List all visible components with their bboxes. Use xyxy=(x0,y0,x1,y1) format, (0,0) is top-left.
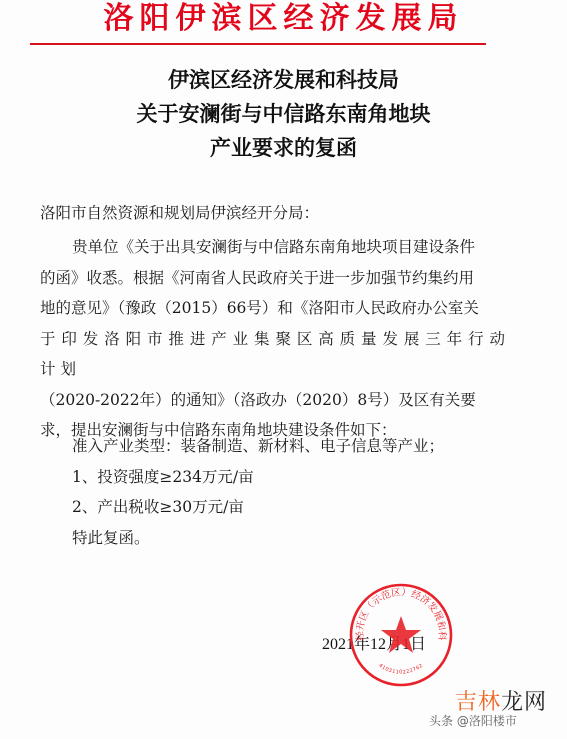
letterhead-rule xyxy=(30,43,486,45)
industry-types: 准入产业类型：装备制造、新材料、电子信息等产业； xyxy=(40,431,510,462)
paragraph-line: （2020-2022年）的通知》（洛政办（2020）8号）及区有关要 xyxy=(40,385,510,416)
main-paragraph: 贵单位《关于出具安澜街与中信路东南角地块项目建设条件 的函》收悉。根据《河南省人… xyxy=(40,232,510,446)
title-line-1: 伊滨区经济发展和科技局 xyxy=(0,63,567,97)
watermark-site: 吉林龙网 xyxy=(455,692,547,714)
requirements: 准入产业类型：装备制造、新材料、电子信息等产业； 1、投资强度≥234万元/亩 … xyxy=(40,431,510,553)
signature-date: 2021年12月1日 xyxy=(322,631,426,654)
paragraph-line: 地的意见》（豫政（2015）66号）和《洛阳市人民政府办公室关 xyxy=(40,293,510,324)
paragraph-line: 的函》收悉。根据《河南省人民政府关于进一步加强节约集约用 xyxy=(40,263,510,294)
letterhead-org-name: 洛阳伊滨区经济发展局 xyxy=(0,2,567,36)
requirement-item: 2、产出税收≥30万元/亩 xyxy=(40,492,510,523)
addressee-text: 洛阳市自然资源和规划局伊滨经开分局： xyxy=(40,198,510,229)
closing-text: 特此复函。 xyxy=(40,523,510,554)
addressee: 洛阳市自然资源和规划局伊滨经开分局： xyxy=(40,198,510,229)
paragraph-line: 于印发洛阳市推进产业集聚区高质量发展三年行动计划 xyxy=(40,324,510,385)
title-line-2: 关于安澜街与中信路东南角地块 xyxy=(0,97,567,131)
seal-code: 4103110222762 xyxy=(377,663,424,676)
requirement-item: 1、投资强度≥234万元/亩 xyxy=(40,462,510,493)
watermark-tag: 头条 @洛阳楼市 xyxy=(429,712,517,729)
document-title: 伊滨区经济发展和科技局 关于安澜街与中信路东南角地块 产业要求的复函 xyxy=(0,63,567,165)
paragraph-line: 贵单位《关于出具安澜街与中信路东南角地块项目建设条件 xyxy=(40,232,510,263)
svg-text:4103110222762: 4103110222762 xyxy=(377,663,424,676)
title-line-3: 产业要求的复函 xyxy=(0,131,567,165)
watermark: 吉林龙网 头条 @洛阳楼市 xyxy=(455,692,547,714)
